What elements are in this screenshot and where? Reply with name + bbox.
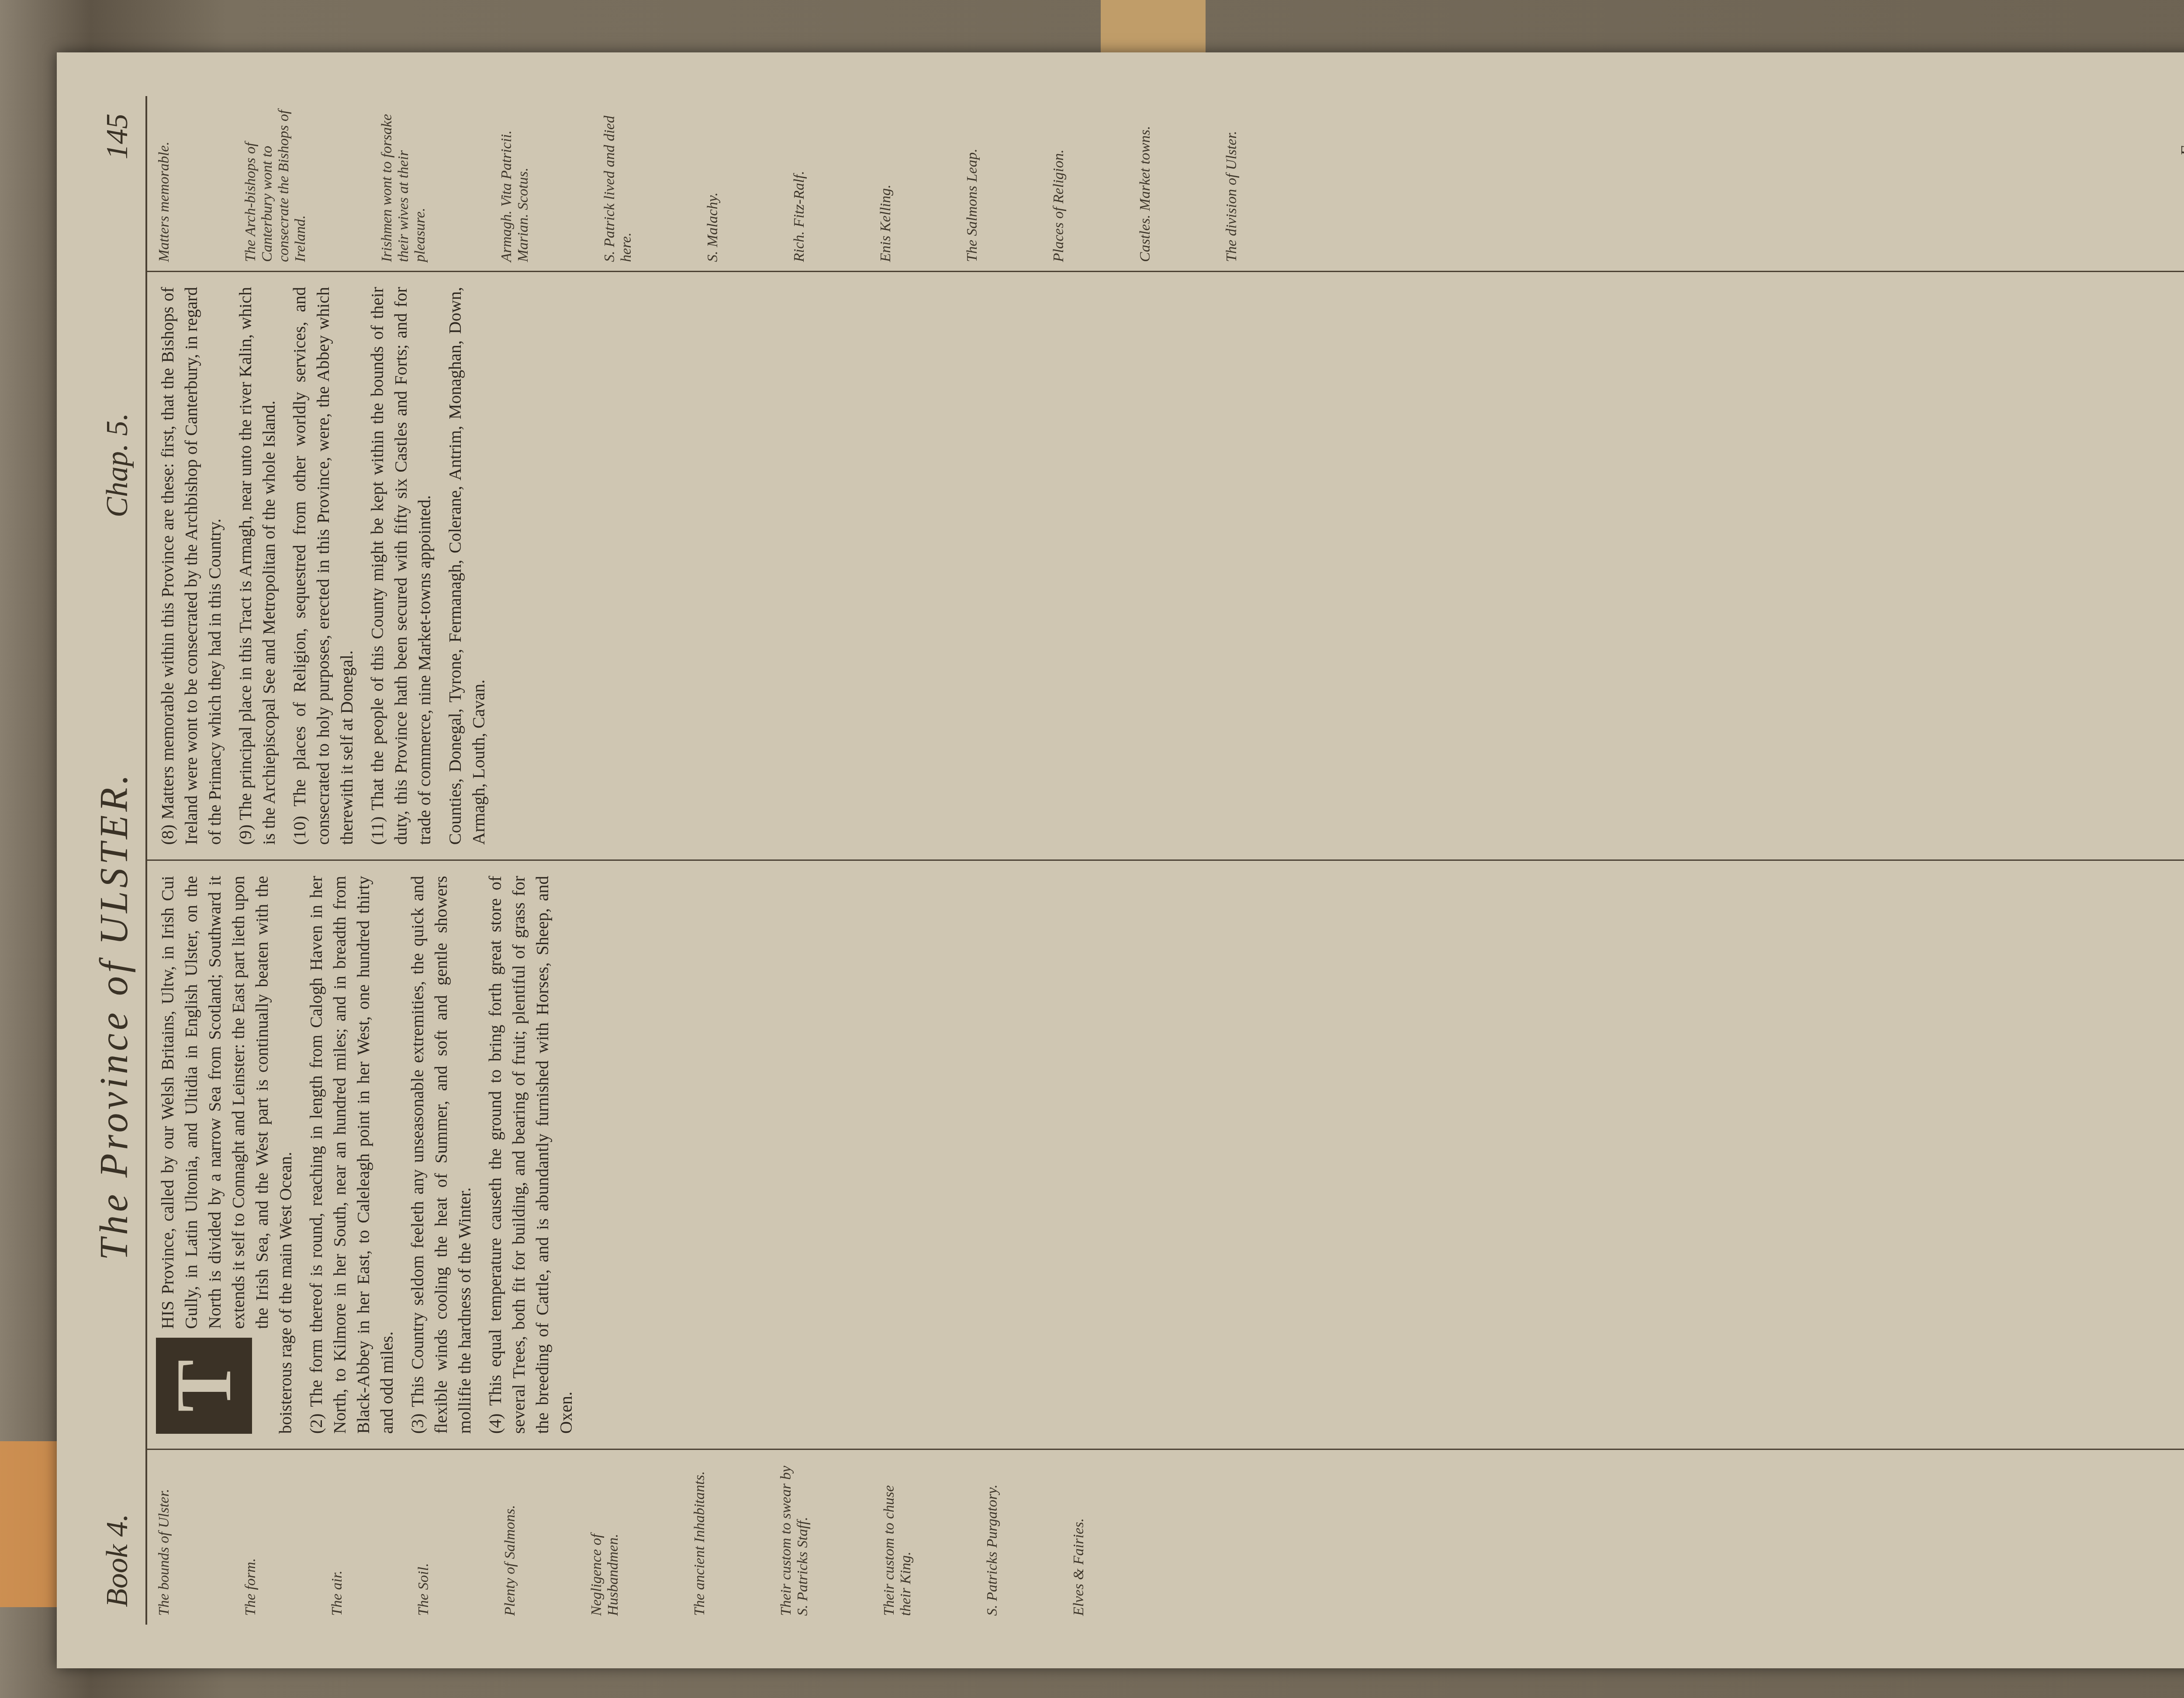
paragraph: (11) That the people of this County migh… <box>366 287 436 845</box>
margin-note: The form. <box>242 1459 259 1616</box>
margin-note: Castles. Market towns. <box>1137 105 1154 262</box>
margin-note: Elves & Fairies. <box>1071 1459 1087 1616</box>
paragraph: (4) This equal temperature causeth the g… <box>484 876 578 1434</box>
paragraph: (10) The places of Religion, sequestred … <box>288 287 359 845</box>
margin-note: S. Patrick lived and died here. <box>601 105 635 262</box>
counties-list: Counties, Donegal, Tyrone, Fermanagh, Co… <box>443 287 491 845</box>
right-margin-notes: Matters memorable. The Arch-bishops of C… <box>147 96 2184 271</box>
margin-note: The Soil. <box>415 1459 432 1616</box>
left-margin-notes: The bounds of Ulster. The form. The air.… <box>147 1449 2184 1625</box>
margin-note: Plenty of Salmons. <box>502 1459 518 1616</box>
margin-note: Places of Religion. <box>1051 105 1067 262</box>
margin-note: The Salmons Leap. <box>964 105 981 262</box>
book-number: Book 4. <box>100 1514 135 1607</box>
margin-note: The division of Ulster. <box>1223 105 1240 262</box>
margin-note: Irishmen wont to forsake their wives at … <box>379 105 429 262</box>
running-header: Book 4. The Province of ULSTER. Chap. 5.… <box>83 96 147 1625</box>
margin-note: Negligence of Husbandmen. <box>588 1459 622 1616</box>
paragraph: (8) Matters memorable within this Provin… <box>156 287 227 845</box>
margin-note: The air. <box>329 1459 346 1616</box>
margin-note: S. Malachy. <box>705 105 721 262</box>
page-title: The Province of ULSTER. <box>92 771 137 1260</box>
paragraph: (2) The form thereof is round, reaching … <box>304 876 399 1434</box>
rotated-page-content: Book 4. The Province of ULSTER. Chap. 5.… <box>83 96 2184 1625</box>
margin-note: Matters memorable. <box>156 105 173 262</box>
signature-mark: Eeee <box>2177 122 2184 156</box>
paragraph: (9) The principal place in this Tract is… <box>234 287 281 845</box>
text-column-right: (8) Matters memorable within this Provin… <box>147 271 2184 860</box>
margin-note: S. Patricks Purgatory. <box>984 1459 1001 1616</box>
text-column-left: T HIS Province, called by our Welsh Brit… <box>147 860 2184 1449</box>
margin-note: The bounds of Ulster. <box>156 1459 173 1616</box>
margin-note: Rich. Fitz-Ralf. <box>791 105 808 262</box>
decorated-initial: T <box>156 1338 252 1434</box>
margin-note: The Arch-bishops of Canterbury wont to c… <box>242 105 309 262</box>
margin-note: Armagh. Vita Patricii. Marian. Scotus. <box>498 105 532 262</box>
margin-note: Enis Kelling. <box>878 105 894 262</box>
margin-note: Their custom to swear by S. Patricks Sta… <box>778 1459 811 1616</box>
page-body: The bounds of Ulster. The form. The air.… <box>147 96 2184 1625</box>
book-page: Book 4. The Province of ULSTER. Chap. 5.… <box>57 52 2184 1668</box>
margin-note: Their custom to chuse their King. <box>881 1459 914 1616</box>
chapter-number: Chap. 5. <box>100 413 135 517</box>
paragraph: (3) This Country seldom feeleth any unse… <box>406 876 477 1434</box>
margin-note: The ancient Inhabitants. <box>691 1459 708 1616</box>
page-number: 145 <box>100 114 135 159</box>
